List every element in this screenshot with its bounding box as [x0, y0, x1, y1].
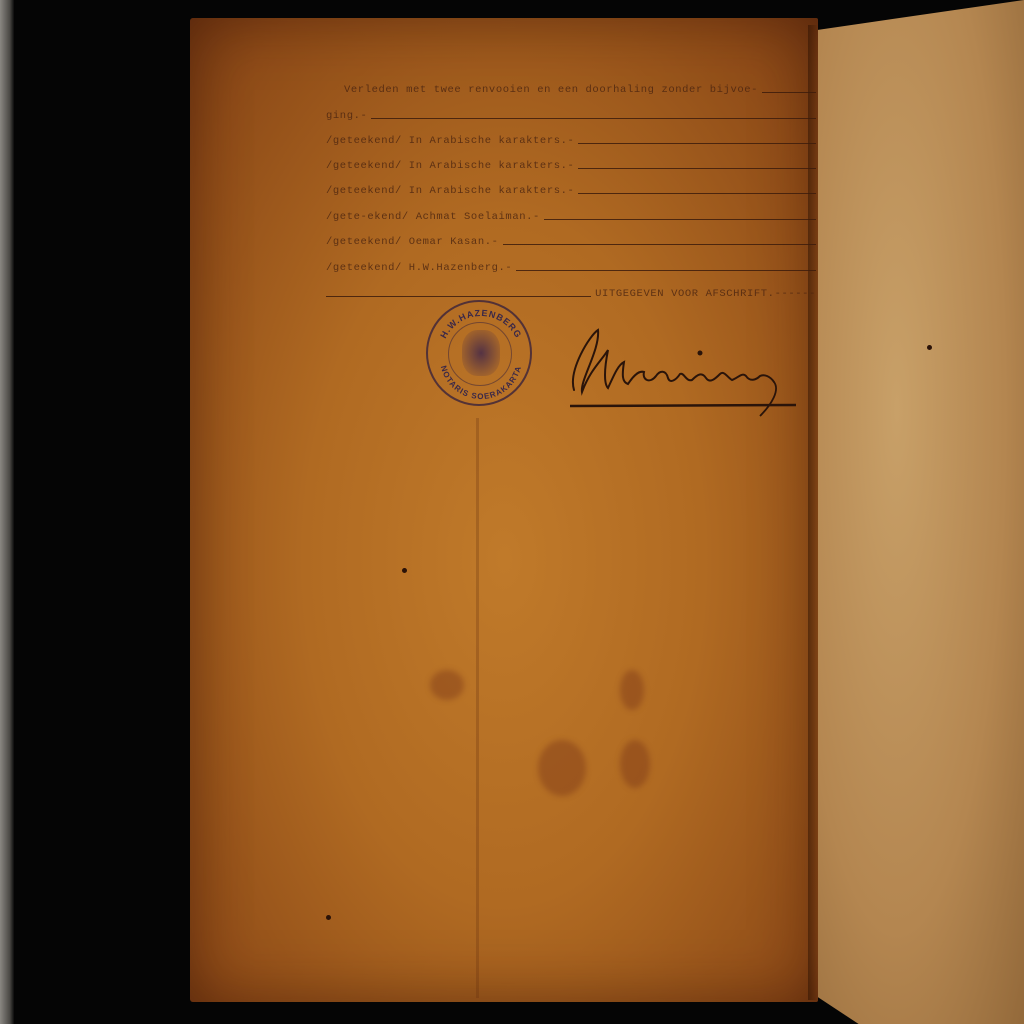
fill-rule [326, 296, 591, 297]
fill-rule [578, 168, 816, 169]
ink-speck [402, 568, 407, 573]
handwritten-signature [560, 320, 810, 420]
ink-speck [326, 915, 331, 920]
notary-seal-stamp: H.W.HAZENBERG NOTARIS SOERAKARTA [426, 300, 532, 406]
line-text: Verleden met twee renvooien en een doorh… [344, 84, 758, 96]
stain [430, 670, 464, 700]
line-text: /geteekend/ In Arabische karakters.- [326, 135, 574, 147]
typed-line-4: /geteekend/ In Arabische karakters.- [326, 160, 816, 172]
line-text: /gete-ekend/ Achmat Soelaiman.- [326, 211, 540, 223]
line-text: /geteekend/ Oemar Kasan.- [326, 236, 499, 248]
typed-line-2: ging.- [326, 110, 816, 122]
line-text: /geteekend/ In Arabische karakters.- [326, 160, 574, 172]
fill-rule [371, 118, 816, 119]
stain [538, 740, 586, 796]
typed-line-3: /geteekend/ In Arabische karakters.- [326, 135, 816, 147]
stain [620, 670, 644, 710]
svg-text:NOTARIS SOERAKARTA: NOTARIS SOERAKARTA [439, 364, 523, 401]
stain [620, 740, 650, 788]
fill-rule [544, 219, 816, 220]
fill-rule [762, 92, 816, 93]
fill-rule [516, 270, 816, 271]
ink-speck [927, 345, 932, 350]
book-edge [0, 0, 14, 1024]
fill-rule [578, 143, 816, 144]
typed-line-1: Verleden met twee renvooien en een doorh… [344, 84, 816, 96]
seal-text-ring: H.W.HAZENBERG NOTARIS SOERAKARTA [428, 302, 534, 408]
line-text: ging.- [326, 110, 367, 122]
typed-line-5: /geteekend/ In Arabische karakters.- [326, 185, 816, 197]
svg-text:H.W.HAZENBERG: H.W.HAZENBERG [438, 308, 523, 340]
typed-line-7: /geteekend/ Oemar Kasan.- [326, 236, 816, 248]
typed-line-8: /geteekend/ H.W.Hazenberg.- [326, 262, 816, 274]
fill-rule [503, 244, 816, 245]
line-text: /geteekend/ In Arabische karakters.- [326, 185, 574, 197]
issued-for-copy-line: UITGEGEVEN VOOR AFSCHRIFT.------ [326, 288, 816, 300]
fill-rule [578, 193, 816, 194]
typed-line-6: /gete-ekend/ Achmat Soelaiman.- [326, 211, 816, 223]
issued-text: UITGEGEVEN VOOR AFSCHRIFT.------ [595, 288, 816, 300]
facing-blank-page [812, 0, 1024, 1024]
line-text: /geteekend/ H.W.Hazenberg.- [326, 262, 512, 274]
